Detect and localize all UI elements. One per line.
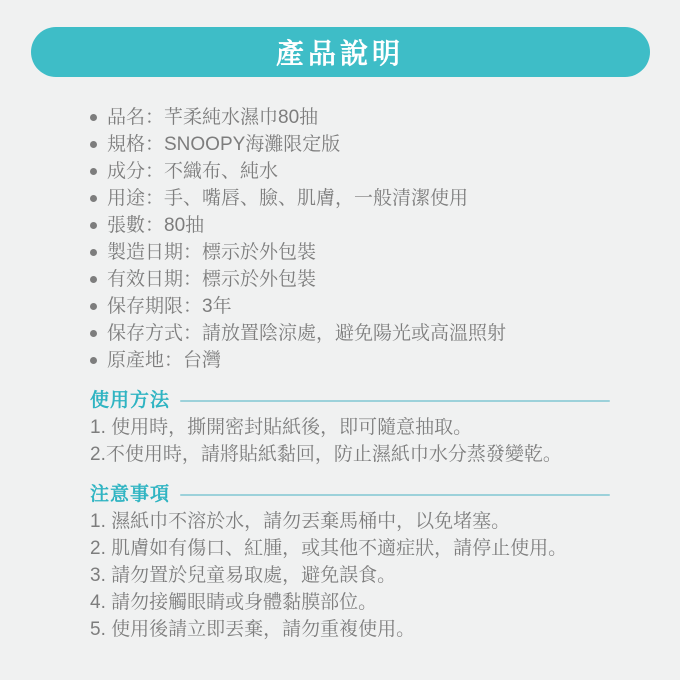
section-divider [180,400,610,402]
product-spec-item: 原產地：台灣 [90,347,610,374]
bullet-icon [90,249,97,256]
notes-section-header: 注意事項 [90,481,610,508]
spec-text: 有效日期：標示於外包裝 [107,266,316,293]
notes-list: 1. 濕紙巾不溶於水，請勿丟棄馬桶中，以免堵塞。 2. 肌膚如有傷口、紅腫，或其… [90,508,610,643]
notice-item: 1. 濕紙巾不溶於水，請勿丟棄馬桶中，以免堵塞。 [90,508,610,535]
product-spec-list: 品名：芊柔純水濕巾80抽 規格：SNOOPY海灘限定版 成分：不織布、純水 用途… [90,104,610,374]
product-spec-item: 成分：不織布、純水 [90,158,610,185]
bullet-icon [90,114,97,121]
page-title: 產品說明 [276,32,404,72]
spec-text: 品名：芊柔純水濕巾80抽 [107,104,318,131]
spec-text: 製造日期：標示於外包裝 [107,239,316,266]
section-divider [180,494,610,496]
spec-text: 保存期限：3年 [107,293,232,320]
bullet-icon [90,222,97,229]
bullet-icon [90,195,97,202]
spec-text: 保存方式：請放置陰涼處，避免陽光或高溫照射 [107,320,506,347]
bullet-icon [90,330,97,337]
usage-step-list: 1. 使用時，撕開密封貼紙後，即可隨意抽取。 2.不使用時，請將貼紙黏回，防止濕… [90,414,610,468]
bullet-icon [90,357,97,364]
notice-item: 3. 請勿置於兒童易取處，避免誤食。 [90,562,610,589]
spec-text: 成分：不織布、純水 [107,158,278,185]
bullet-icon [90,276,97,283]
product-spec-item: 張數：80抽 [90,212,610,239]
usage-step: 2.不使用時，請將貼紙黏回，防止濕紙巾水分蒸發變乾。 [90,441,610,468]
notice-item: 5. 使用後請立即丟棄，請勿重複使用。 [90,616,610,643]
spec-text: 用途：手、嘴唇、臉、肌膚，一般清潔使用 [107,185,468,212]
section-title-usage: 使用方法 [90,387,170,414]
spec-text: 張數：80抽 [107,212,204,239]
usage-section: 使用方法 1. 使用時，撕開密封貼紙後，即可隨意抽取。 2.不使用時，請將貼紙黏… [90,387,610,468]
notice-item: 2. 肌膚如有傷口、紅腫，或其他不適症狀，請停止使用。 [90,535,610,562]
usage-section-header: 使用方法 [90,387,610,414]
content-area: 品名：芊柔純水濕巾80抽 規格：SNOOPY海灘限定版 成分：不織布、純水 用途… [90,104,610,643]
section-title-notes: 注意事項 [90,481,170,508]
product-spec-item: 保存期限：3年 [90,293,610,320]
product-spec-item: 製造日期：標示於外包裝 [90,239,610,266]
product-spec-item: 規格：SNOOPY海灘限定版 [90,131,610,158]
spec-text: 規格：SNOOPY海灘限定版 [107,131,340,158]
notice-item: 4. 請勿接觸眼睛或身體黏膜部位。 [90,589,610,616]
bullet-icon [90,141,97,148]
spec-text: 原產地：台灣 [107,347,221,374]
notes-section: 注意事項 1. 濕紙巾不溶於水，請勿丟棄馬桶中，以免堵塞。 2. 肌膚如有傷口、… [90,481,610,643]
product-description-banner: 產品說明 [31,27,650,77]
product-spec-item: 有效日期：標示於外包裝 [90,266,610,293]
product-spec-item: 品名：芊柔純水濕巾80抽 [90,104,610,131]
bullet-icon [90,168,97,175]
bullet-icon [90,303,97,310]
usage-step: 1. 使用時，撕開密封貼紙後，即可隨意抽取。 [90,414,610,441]
product-spec-item: 保存方式：請放置陰涼處，避免陽光或高溫照射 [90,320,610,347]
product-spec-item: 用途：手、嘴唇、臉、肌膚，一般清潔使用 [90,185,610,212]
